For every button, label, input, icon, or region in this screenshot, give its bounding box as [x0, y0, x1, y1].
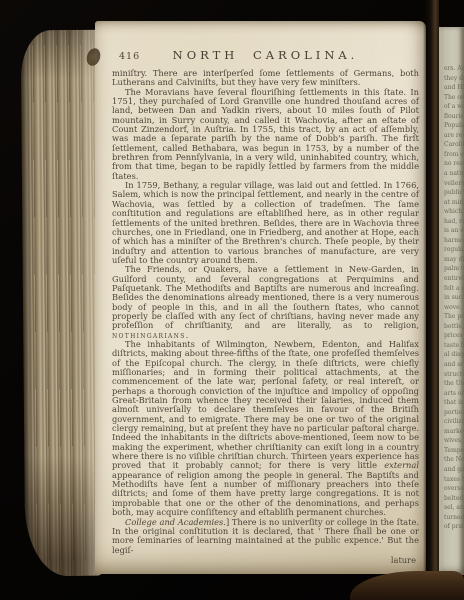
fragment-line: are reckoned	[444, 131, 464, 141]
catchword: lature	[112, 555, 419, 566]
fragment-line: the North	[444, 455, 464, 465]
fragment-line: which, in m	[444, 207, 464, 217]
book-cover-corner	[350, 571, 464, 600]
fragment-line: at ministers,	[444, 198, 464, 208]
book-photo: 416 NORTH CAROLINA. miniſtry. There are …	[0, 0, 464, 600]
fragment-line: vellers. In t	[444, 179, 464, 189]
fragment-line: felt a great	[444, 284, 464, 294]
fragment-line: overseers	[444, 484, 464, 494]
page-text: miniſtry. There are interſperſed ſome ſe…	[112, 69, 419, 555]
fragment-line: a natural do	[444, 169, 464, 179]
fragment-line: al disquisit	[444, 350, 464, 360]
paragraph-4: The Friends, or Quakers, have a ſettleme…	[112, 265, 419, 340]
fragment-line: marked by	[444, 427, 464, 437]
fragment-line: prices of	[444, 331, 464, 341]
fragment-line: in such the	[444, 293, 464, 303]
fragment-line: Carolinians	[444, 140, 464, 150]
body-text: appearance of religion among the people …	[112, 470, 419, 517]
fragment-line: the United	[444, 379, 464, 389]
paragraph-5: The inhabitants of Wilmington, Newbern, …	[112, 340, 419, 518]
book-gutter	[423, 0, 439, 584]
fragment-line: of praise	[444, 522, 464, 532]
fragment-line: taste for th	[444, 341, 464, 351]
paragraph-2: The Moravians have ſeveral flouriſhing ſ…	[112, 88, 419, 181]
body-text: The inhabitants of Wilmington, Newbern, …	[112, 339, 419, 470]
fragment-line: taxes to	[444, 475, 464, 485]
fragment-line: sel, and i	[444, 503, 464, 513]
fragment-line: wives, an	[444, 436, 464, 446]
fragment-line: Tempe	[444, 446, 464, 456]
fragment-line: civilizatio	[444, 417, 464, 427]
body-text: The Friends, or Quakers, have a ſettleme…	[112, 264, 419, 330]
fragment-line: and Hillsboro	[444, 83, 464, 93]
running-header: NORTH CAROLINA.	[112, 48, 419, 62]
fragment-line: structures a	[444, 370, 464, 380]
fragment-line: arts of civ	[444, 389, 464, 399]
fragment-line: bottle, and	[444, 322, 464, 332]
fragment-line: portion w	[444, 408, 464, 418]
fragment-line: and gamb	[444, 465, 464, 475]
fragment-line: palm town	[444, 264, 464, 274]
fragment-line: belted. V	[444, 494, 464, 504]
paragraph-1: miniſtry. There are interſperſed ſome ſe…	[112, 69, 419, 88]
page-number: 416	[119, 51, 140, 62]
fragment-line: may diversi	[444, 255, 464, 265]
fragment-line: no ready m	[444, 159, 464, 169]
fragment-line: wove.	[444, 303, 464, 313]
fragment-line: and are too	[444, 360, 464, 370]
fragment-line: had, regard	[444, 217, 464, 227]
book-fore-edge	[21, 30, 105, 577]
body-text: In 1759, Bethany, a regular village, was…	[112, 180, 419, 265]
fragment-line: they do not l	[444, 74, 464, 84]
fragment-line: The pre	[444, 312, 464, 322]
facing-page-fragments: ers. Adherentthey do not land HillsboroT…	[439, 27, 464, 532]
facing-page-sliver: ers. Adherentthey do not land HillsboroT…	[439, 27, 464, 575]
fragment-line: is an excellen	[444, 226, 464, 236]
fragment-line: regulated b	[444, 245, 464, 255]
fragment-line: public and w	[444, 188, 464, 198]
fragment-line: Population	[444, 121, 464, 131]
fragment-line: ers. Adherent	[444, 64, 464, 74]
paragraph-6: College and Academies.] There is no univ…	[112, 518, 419, 555]
fragment-line: The one at S	[444, 93, 464, 103]
page-header: 416 NORTH CAROLINA.	[112, 48, 419, 63]
fragment-line: harmony, an	[444, 236, 464, 246]
fragment-line: flourishing.	[444, 112, 464, 122]
fragment-line: entirely diff	[444, 274, 464, 284]
book-page-left: 416 NORTH CAROLINA. miniſtry. There are …	[95, 21, 426, 574]
body-text: The Moravians have ſeveral flouriſhing ſ…	[112, 87, 419, 181]
body-text: miniſtry. There are interſperſed ſome ſe…	[112, 68, 419, 87]
fragment-line: of a worthy	[444, 102, 464, 112]
fragment-line: turned; s	[444, 513, 464, 523]
fragment-line: that in po	[444, 398, 464, 408]
fragment-line: from each ot	[444, 150, 464, 160]
paragraph-3: In 1759, Bethany, a regular village, was…	[112, 181, 419, 265]
page-content: 416 NORTH CAROLINA. miniſtry. There are …	[112, 48, 419, 566]
